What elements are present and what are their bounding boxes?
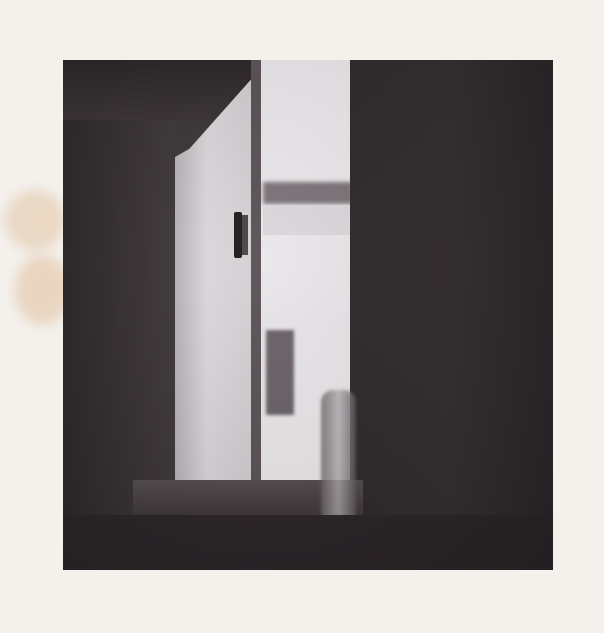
age-stain: [5, 190, 65, 250]
photo-image: [63, 60, 553, 570]
film-grain: [63, 60, 553, 570]
age-stain: [15, 255, 70, 325]
photo-print: [0, 0, 604, 633]
